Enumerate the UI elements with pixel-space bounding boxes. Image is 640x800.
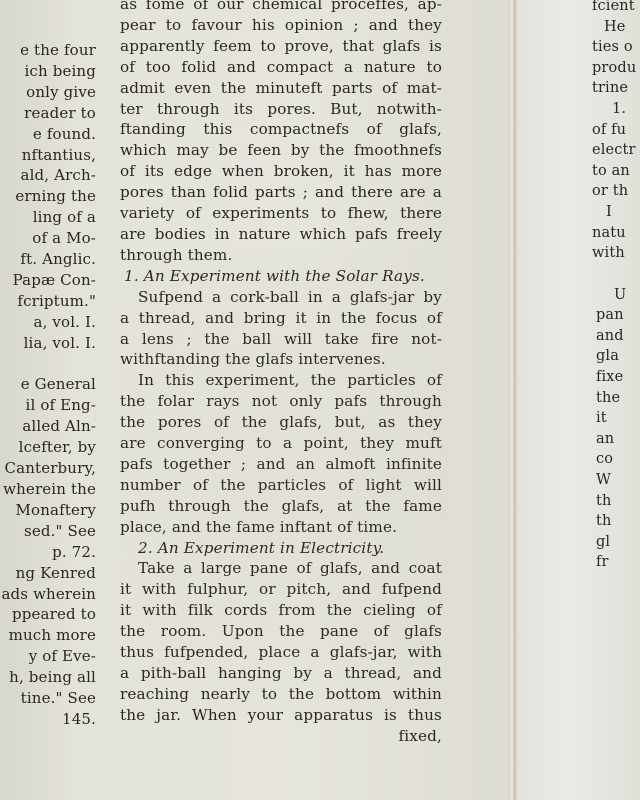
text-line: tine." See xyxy=(0,688,96,709)
text-line: ald, Arch- xyxy=(0,165,96,186)
text-line: and xyxy=(592,326,640,347)
text-line: ads wherein xyxy=(0,584,96,605)
left-column-text: e the four ich being only give reader to… xyxy=(0,40,100,730)
text-line: sed." See xyxy=(0,521,96,542)
text-line: h, being all xyxy=(0,667,96,688)
catchword: fixed, xyxy=(120,726,442,747)
text-line: the folar rays not only pafs through xyxy=(120,391,442,412)
text-line: pufh through the glafs, at the fame xyxy=(120,496,442,517)
text-line: pan xyxy=(592,305,640,326)
text-line: are bodies in nature which pafs freely xyxy=(120,224,442,245)
text-line: U xyxy=(592,285,640,306)
text-line: a thread, and bring it in the focus of xyxy=(120,308,442,329)
text-line: th xyxy=(592,511,640,532)
text-line: erning the xyxy=(0,186,96,207)
text-line: co xyxy=(592,449,640,470)
text-line: the pores of the glafs, but, as they xyxy=(120,412,442,433)
text-line: p. 72. xyxy=(0,542,96,563)
text-line: lcefter, by xyxy=(0,437,96,458)
text-line: the room. Upon the pane of glafs xyxy=(120,621,442,642)
text-line: only give xyxy=(0,82,96,103)
text-line: ter through its pores. But, notwith- xyxy=(120,99,442,120)
text-line: ties o xyxy=(592,37,640,58)
text-line: ling of a xyxy=(0,207,96,228)
text-line: e the four xyxy=(0,40,96,61)
text-line: which may be feen by the fmoothnefs xyxy=(120,140,442,161)
text-line: or th xyxy=(592,181,640,202)
text-line: much more xyxy=(0,625,96,646)
text-line: nftantius, xyxy=(0,145,96,166)
section-heading-electricity: 2. An Experiment in Electricity. xyxy=(120,538,442,559)
text-line: fixe xyxy=(592,367,640,388)
text-line: a lens ; the ball will take fire not- xyxy=(120,329,442,350)
section-heading-solar-rays: 1. An Experiment with the Solar Rays. xyxy=(120,266,442,287)
text-line: Papæ Con- xyxy=(0,270,96,291)
text-line: trine xyxy=(592,78,640,99)
text-line: through them. xyxy=(120,245,442,266)
text-line: the jar. When your apparatus is thus xyxy=(120,705,442,726)
text-line: I xyxy=(592,202,640,223)
text-line: number of the particles of light will xyxy=(120,475,442,496)
text-line: reader to xyxy=(0,103,96,124)
text-line: a pith-ball hanging by a thread, and xyxy=(120,663,442,684)
text-line: natu xyxy=(592,223,640,244)
text-line: ppeared to xyxy=(0,604,96,625)
text-line: il of Eng- xyxy=(0,395,96,416)
text-line: ftanding this compactnefs of glafs, xyxy=(120,119,442,140)
text-line: of fu xyxy=(592,120,640,141)
left-page: e the four ich being only give reader to… xyxy=(0,0,520,800)
right-column-text: fcient He ties o produ trine 1. of fu el… xyxy=(592,0,640,573)
text-line: reaching nearly to the bottom within xyxy=(120,684,442,705)
text-line: a, vol. I. xyxy=(0,312,96,333)
text-line: thus fufpended, place a glafs-jar, with xyxy=(120,642,442,663)
text-line: apparently feem to prove, that glafs is xyxy=(120,36,442,57)
text-line: W xyxy=(592,470,640,491)
text-line: are converging to a point, they muft xyxy=(120,433,442,454)
text-line: it xyxy=(592,408,640,429)
text-line: Sufpend a cork-ball in a glafs-jar by xyxy=(120,287,442,308)
text-line: it with fulphur, or pitch, and fufpend xyxy=(120,579,442,600)
text-line: Take a large pane of glafs, and coat xyxy=(120,558,442,579)
text-line: pafs together ; and an almoft infinite xyxy=(120,454,442,475)
text-line: Monaftery xyxy=(0,500,96,521)
text-line: lia, vol. I. xyxy=(0,333,96,354)
text-line: fcient xyxy=(592,0,640,17)
text-line: with xyxy=(592,243,640,264)
page-number-fragment: 145. xyxy=(0,709,96,730)
paragraph-gap xyxy=(592,264,640,285)
text-line: alled Aln- xyxy=(0,416,96,437)
text-line: it with filk cords from the cieling of xyxy=(120,600,442,621)
text-line: gla xyxy=(592,346,640,367)
text-line: variety of experiments to fhew, there xyxy=(120,203,442,224)
text-line: the xyxy=(592,388,640,409)
text-line: fr xyxy=(592,552,640,573)
text-line: of too folid and compact a nature to xyxy=(120,57,442,78)
text-line: produ xyxy=(592,58,640,79)
text-line: In this experiment, the particles of xyxy=(120,370,442,391)
text-line: fcriptum." xyxy=(0,291,96,312)
text-line: ich being xyxy=(0,61,96,82)
text-line: wherein the xyxy=(0,479,96,500)
text-line: of its edge when broken, it has more xyxy=(120,161,442,182)
page-fold-crease xyxy=(508,0,518,800)
text-line: ng Kenred xyxy=(0,563,96,584)
text-line: Canterbury, xyxy=(0,458,96,479)
text-line: electr xyxy=(592,140,640,161)
text-line: y of Eve- xyxy=(0,646,96,667)
text-line: place, and the fame inftant of time. xyxy=(120,517,442,538)
text-line: of a Mo- xyxy=(0,228,96,249)
text-line: e General xyxy=(0,374,96,395)
text-line: as fome of our chemical proceffes, ap- xyxy=(120,0,442,15)
text-line: pores than folid parts ; and there are a xyxy=(120,182,442,203)
text-line: gl xyxy=(592,532,640,553)
text-line: an xyxy=(592,429,640,450)
main-column-text: as fome of our chemical proceffes, ap- p… xyxy=(120,0,450,747)
text-line: pear to favour his opinion ; and they xyxy=(120,15,442,36)
text-line: th xyxy=(592,491,640,512)
text-line: to an xyxy=(592,161,640,182)
text-line: withftanding the glafs intervenes. xyxy=(120,349,442,370)
text-line: admit even the minuteft parts of mat- xyxy=(120,78,442,99)
paragraph-gap xyxy=(0,354,100,375)
text-line: He xyxy=(592,17,640,38)
text-line: e found. xyxy=(0,124,96,145)
text-line: 1. xyxy=(592,99,640,120)
text-line: ft. Anglic. xyxy=(0,249,96,270)
